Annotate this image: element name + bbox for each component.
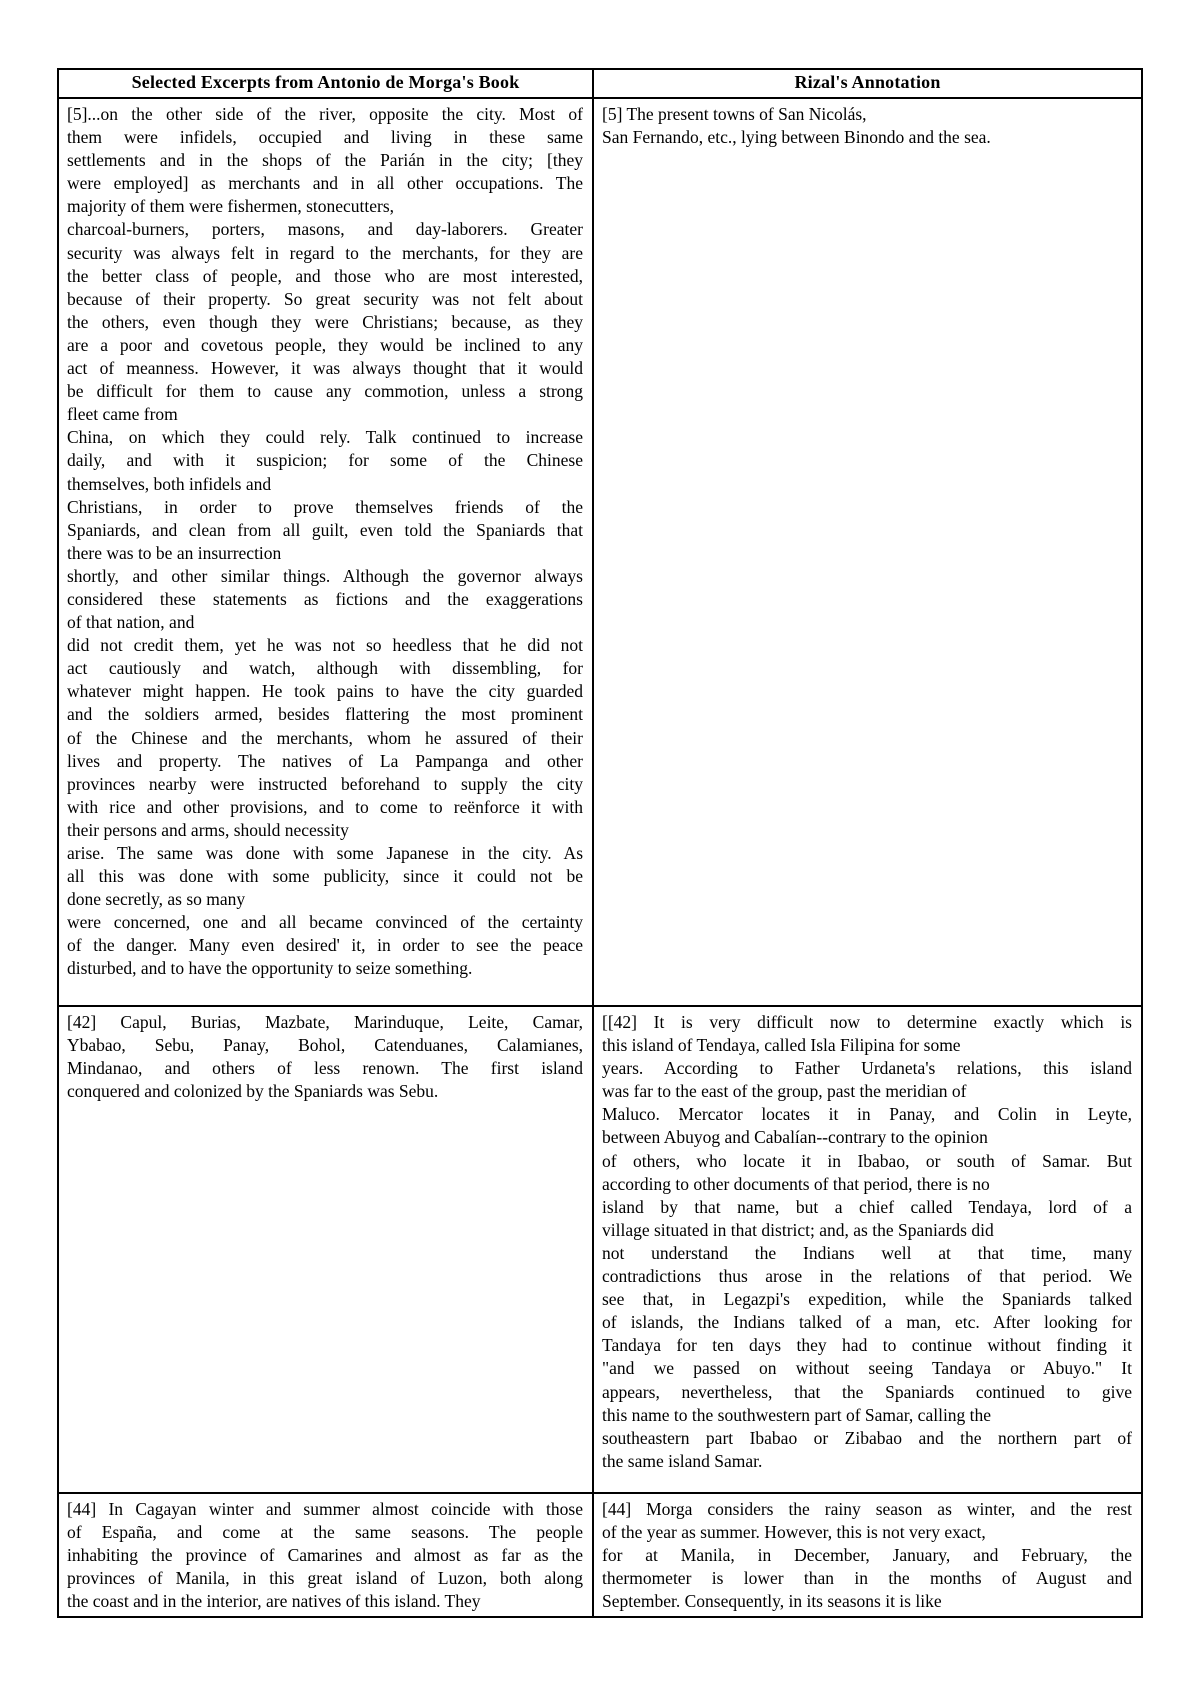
text-line: Christians, in order to prove themselves…	[67, 496, 583, 519]
text-line: the better class of people, and those wh…	[67, 265, 583, 288]
text-line: arise. The same was done with some Japan…	[67, 842, 583, 865]
text-line: the coast and in the interior, are nativ…	[67, 1590, 583, 1613]
text-line: act cautiously and watch, although with …	[67, 657, 583, 680]
text-line: shortly, and other similar things. Altho…	[67, 565, 583, 588]
text-line: island by that name, but a chief called …	[602, 1196, 1132, 1219]
text-line: San Fernando, etc., lying between Binond…	[602, 126, 1132, 149]
text-line: [44] Morga considers the rainy season as…	[602, 1498, 1132, 1521]
text-line: southeastern part Ibabao or Zibabao and …	[602, 1427, 1132, 1450]
text-line: charcoal-burners, porters, masons, and d…	[67, 218, 583, 241]
rizal-annotation-cell-42: [[42] It is very difficult now to determ…	[593, 1006, 1142, 1493]
text-line: Maluco. Mercator locates it in Panay, an…	[602, 1103, 1132, 1126]
text-line: the same island Samar.	[602, 1450, 1132, 1473]
table-row-excerpt-5: [5]...on the other side of the river, op…	[58, 98, 1142, 1006]
text-line: for at Manila, in December, January, and…	[602, 1544, 1132, 1567]
text-line: because of their property. So great secu…	[67, 288, 583, 311]
text-line: years. According to Father Urdaneta's re…	[602, 1057, 1132, 1080]
text-line: done secretly, as so many	[67, 888, 583, 911]
text-line: daily, and with it suspicion; for some o…	[67, 449, 583, 472]
text-line: were employed] as merchants and in all o…	[67, 172, 583, 195]
text-line: village situated in that district; and, …	[602, 1219, 1132, 1242]
text-line: there was to be an insurrection	[67, 542, 583, 565]
text-line: fleet came from	[67, 403, 583, 426]
text-line: Spaniards, and clean from all guilt, eve…	[67, 519, 583, 542]
column-header-rizal-annotation: Rizal's Annotation	[593, 69, 1142, 98]
text-line: [42] Capul, Burias, Mazbate, Marinduque,…	[67, 1011, 583, 1034]
text-line: of that nation, and	[67, 611, 583, 634]
text-line: between Abuyog and Cabalían--contrary to…	[602, 1126, 1132, 1149]
document-page: Selected Excerpts from Antonio de Morga'…	[0, 0, 1200, 1696]
text-line: lives and property. The natives of La Pa…	[67, 750, 583, 773]
text-line: did not credit them, yet he was not so h…	[67, 634, 583, 657]
rizal-annotation-cell-5: [5] The present towns of San Nicolás,San…	[593, 98, 1142, 1006]
text-line: appears, nevertheless, that the Spaniard…	[602, 1381, 1132, 1404]
text-line: of the Chinese and the merchants, whom h…	[67, 727, 583, 750]
text-line: are a poor and covetous people, they wou…	[67, 334, 583, 357]
column-header-morga-excerpts: Selected Excerpts from Antonio de Morga'…	[58, 69, 593, 98]
text-line: inhabiting the province of Camarines and…	[67, 1544, 583, 1567]
excerpts-annotations-table: Selected Excerpts from Antonio de Morga'…	[57, 68, 1143, 1618]
morga-excerpt-cell-44: [44] In Cagayan winter and summer almost…	[58, 1493, 593, 1617]
morga-excerpt-cell-5: [5]...on the other side of the river, op…	[58, 98, 593, 1006]
text-line: thermometer is lower than in the months …	[602, 1567, 1132, 1590]
text-line: provinces nearby were instructed beforeh…	[67, 773, 583, 796]
text-line: this name to the southwestern part of Sa…	[602, 1404, 1132, 1427]
text-line: majority of them were fishermen, stonecu…	[67, 195, 583, 218]
text-line: themselves, both infidels and	[67, 473, 583, 496]
text-line: and the soldiers armed, besides flatteri…	[67, 703, 583, 726]
rizal-annotation-cell-44: [44] Morga considers the rainy season as…	[593, 1493, 1142, 1617]
table-row-excerpt-44: [44] In Cagayan winter and summer almost…	[58, 1493, 1142, 1617]
text-line: "and we passed on without seeing Tandaya…	[602, 1357, 1132, 1380]
text-line: of the danger. Many even desired' it, in…	[67, 934, 583, 957]
text-line: whatever might happen. He took pains to …	[67, 680, 583, 703]
text-line: Mindanao, and others of less renown. The…	[67, 1057, 583, 1080]
text-line: all this was done with some publicity, s…	[67, 865, 583, 888]
text-line: [5] The present towns of San Nicolás,	[602, 103, 1132, 126]
text-line: provinces of Manila, in this great islan…	[67, 1567, 583, 1590]
text-line: be difficult for them to cause any commo…	[67, 380, 583, 403]
text-line: this island of Tendaya, called Isla Fili…	[602, 1034, 1132, 1057]
text-line: see that, in Legazpi's expedition, while…	[602, 1288, 1132, 1311]
text-line: [5]...on the other side of the river, op…	[67, 103, 583, 126]
table-row-excerpt-42: [42] Capul, Burias, Mazbate, Marinduque,…	[58, 1006, 1142, 1493]
text-line: act of meanness. However, it was always …	[67, 357, 583, 380]
text-line: of islands, the Indians talked of a man,…	[602, 1311, 1132, 1334]
text-line: Ybabao, Sebu, Panay, Bohol, Catenduanes,…	[67, 1034, 583, 1057]
morga-excerpt-cell-42: [42] Capul, Burias, Mazbate, Marinduque,…	[58, 1006, 593, 1493]
text-line: Tandaya for ten days they had to continu…	[602, 1334, 1132, 1357]
text-line: the others, even though they were Christ…	[67, 311, 583, 334]
text-line: their persons and arms, should necessity	[67, 819, 583, 842]
text-line: of others, who locate it in Ibabao, or s…	[602, 1150, 1132, 1173]
text-line: [[42] It is very difficult now to determ…	[602, 1011, 1132, 1034]
header-row: Selected Excerpts from Antonio de Morga'…	[58, 69, 1142, 98]
text-line: September. Consequently, in its seasons …	[602, 1590, 1132, 1613]
text-line: according to other documents of that per…	[602, 1173, 1132, 1196]
text-line: considered these statements as fictions …	[67, 588, 583, 611]
text-line: with rice and other provisions, and to c…	[67, 796, 583, 819]
text-line: conquered and colonized by the Spaniards…	[67, 1080, 583, 1103]
text-line: of España, and come at the same seasons.…	[67, 1521, 583, 1544]
text-line: contradictions thus arose in the relatio…	[602, 1265, 1132, 1288]
text-line: security was always felt in regard to th…	[67, 242, 583, 265]
text-line: not understand the Indians well at that …	[602, 1242, 1132, 1265]
text-line: settlements and in the shops of the Pari…	[67, 149, 583, 172]
text-line: disturbed, and to have the opportunity t…	[67, 957, 583, 980]
text-line: was far to the east of the group, past t…	[602, 1080, 1132, 1103]
text-line: were concerned, one and all became convi…	[67, 911, 583, 934]
text-line: of the year as summer. However, this is …	[602, 1521, 1132, 1544]
text-line: China, on which they could rely. Talk co…	[67, 426, 583, 449]
text-line: [44] In Cagayan winter and summer almost…	[67, 1498, 583, 1521]
text-line: them were infidels, occupied and living …	[67, 126, 583, 149]
